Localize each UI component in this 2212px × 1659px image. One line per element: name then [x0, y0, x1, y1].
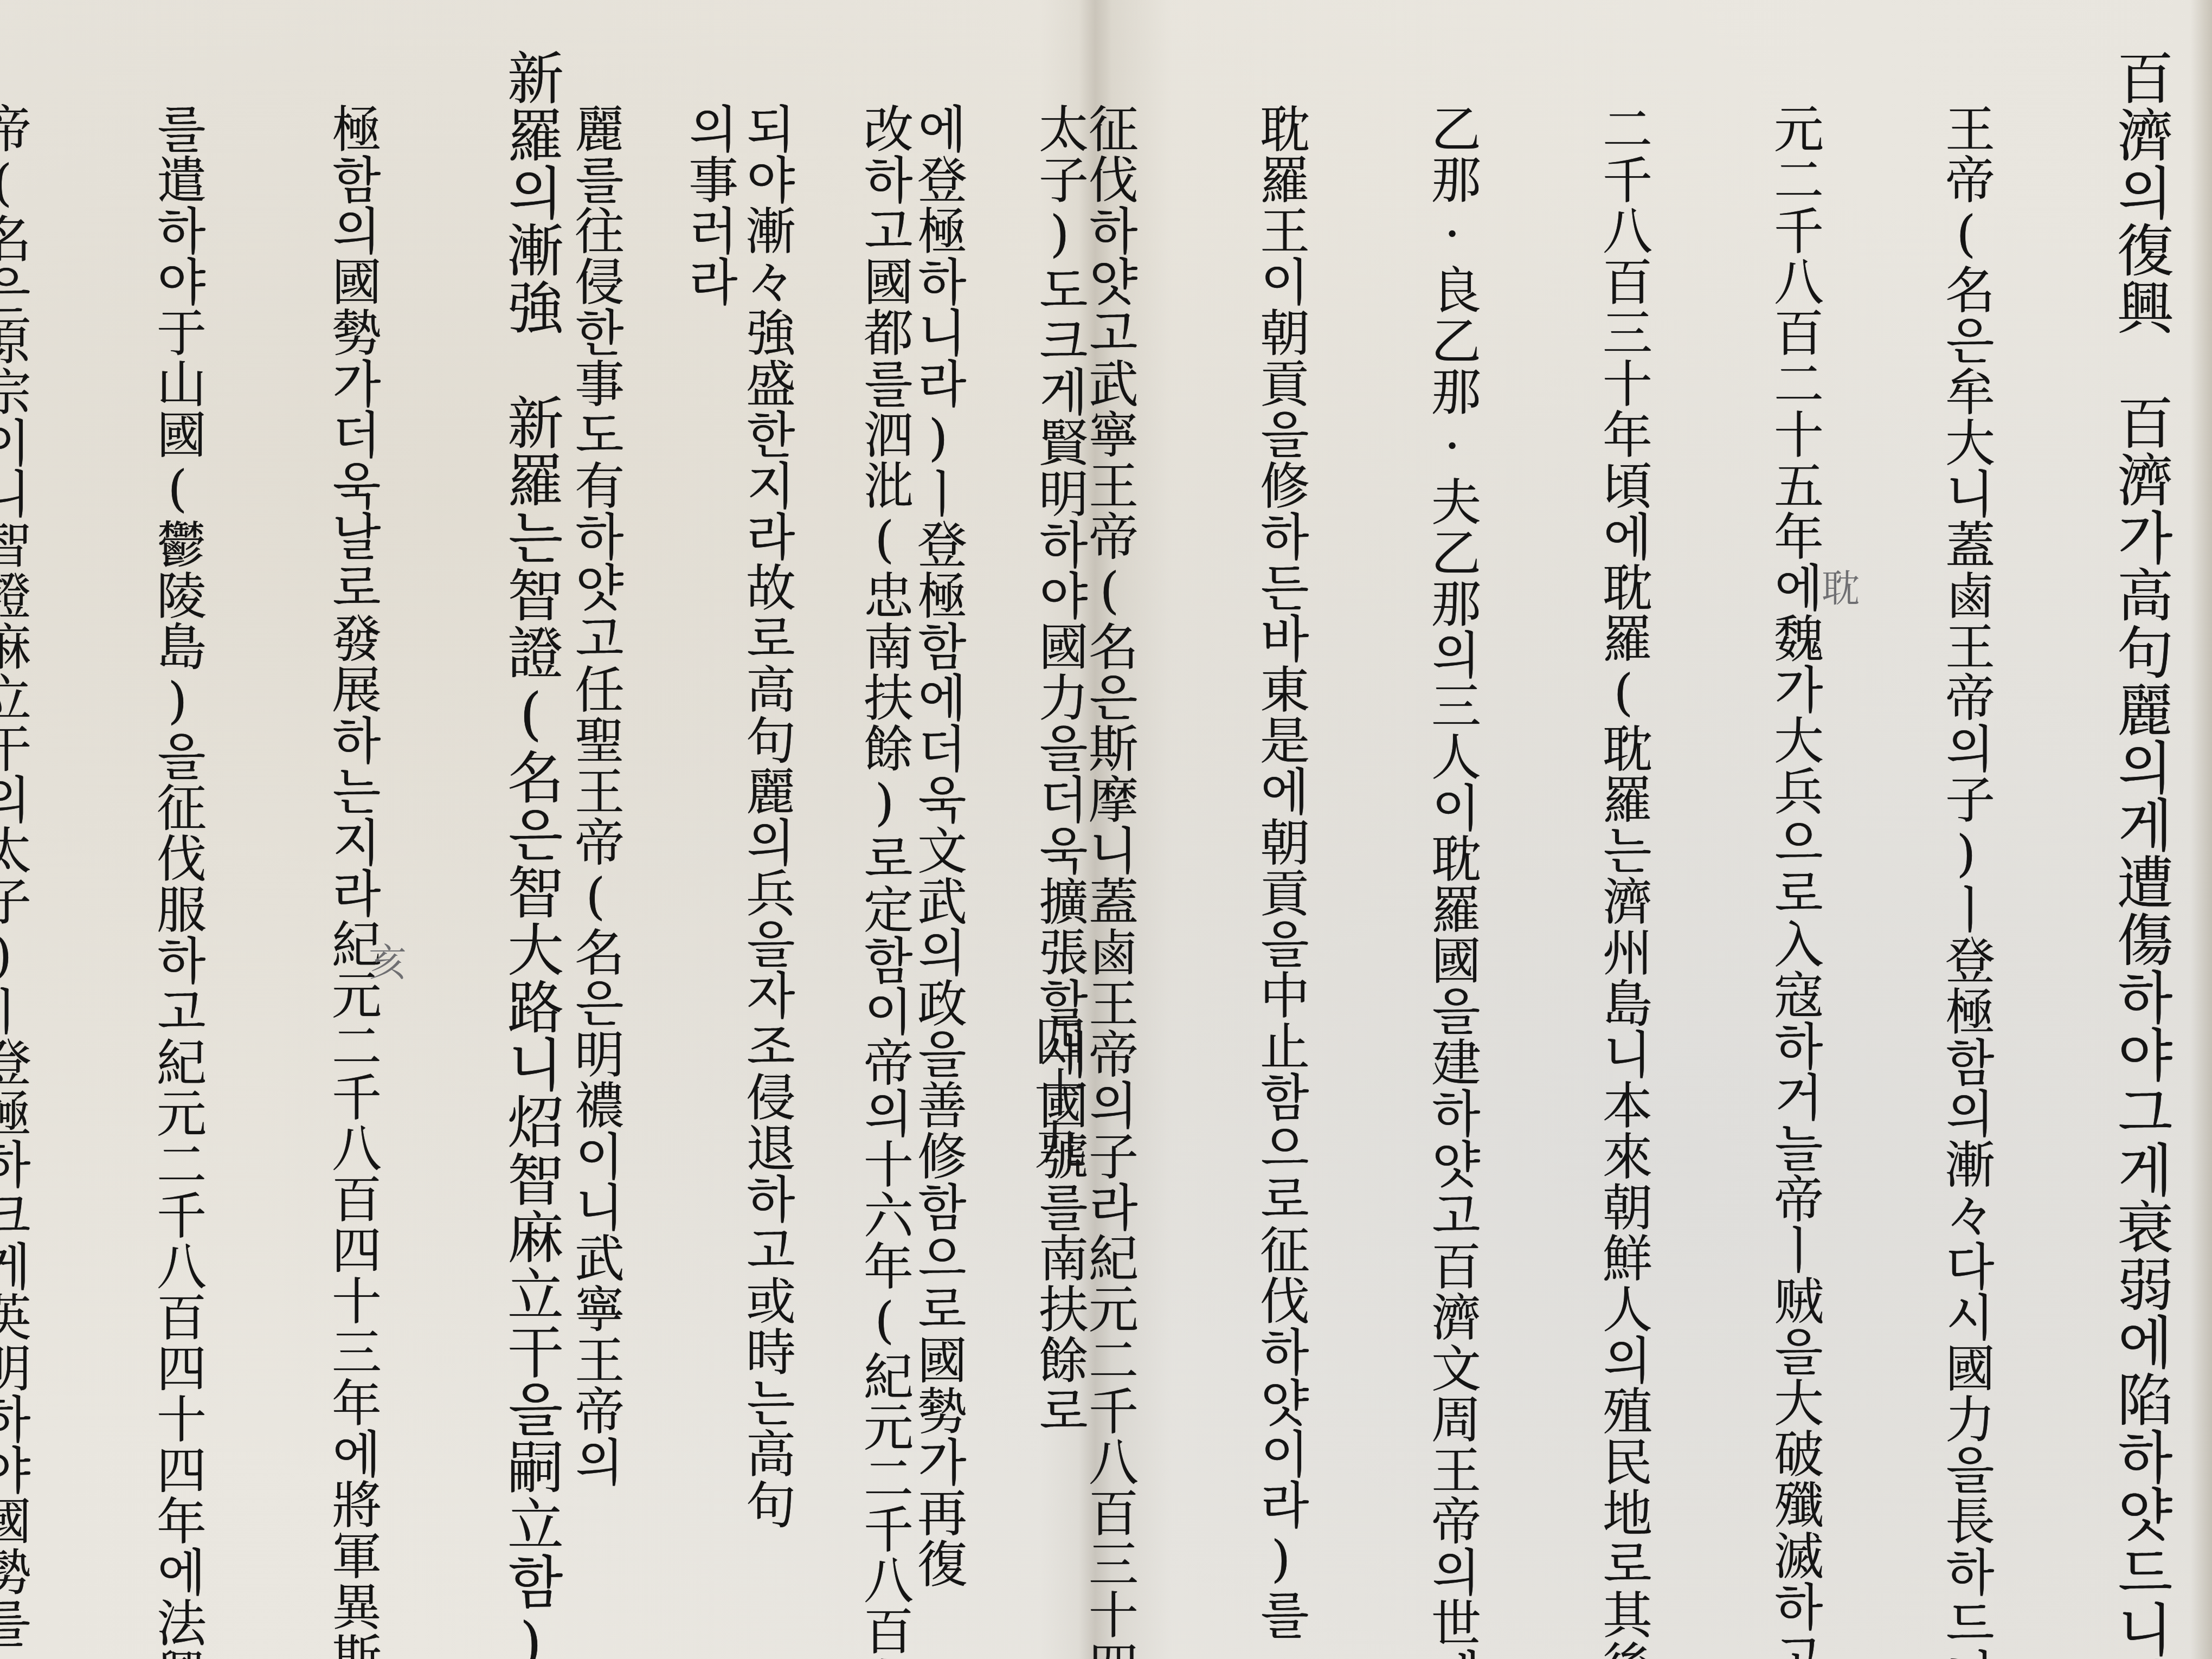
text-column: 의事러라 [684, 49, 734, 1621]
right-page: 百濟의復興 百濟가高句麗의게遭傷하야그게衰弱에陷하얏드니및東城 王帝(名은牟大니… [1139, 49, 2169, 1621]
text-column: 帝(名은原宗이니智證麻立干의太子)ㅣ登極하크게英明하야國勢를 [0, 49, 27, 1621]
pencil-annotation: 亥 [369, 933, 407, 987]
text-column: 太子)도크게賢明하야國力을더욱擴張할새國號를南扶餘로 [1034, 49, 1084, 1621]
text-column: 를遣하야于山國(鬱陵島)을征伐服하고紀元二千八百四十四年에法興王 [152, 49, 202, 1621]
text-column: 改하고國都를泗沘(忠南扶餘)로定함이帝의十六年(紀元二千八百七十二年) [859, 49, 909, 1621]
text-column: 王帝(名은牟大니蓋鹵王帝의子)ㅣ登極함의漸々다시國力을長하드니紀 [1941, 49, 1991, 1621]
pencil-annotation: 耽 [1822, 558, 1860, 613]
text-column: 極함의國勢가더욱날로發展하는지라紀元二千八百四十三年에將軍異斯夫 [327, 49, 377, 1621]
text-column: 元二千八百二十五年에魏가大兵으로入寇하거늘帝ㅣ贼을大破殲滅하고또紀元 [1770, 49, 1819, 1621]
text-column: 征伐하얏고武寧王帝(名은斯摩니蓋鹵王帝의子라紀元二千八百三十四年 [1084, 49, 1134, 1621]
page-edge [2190, 0, 2212, 1659]
left-page: 太子)도크게賢明하야國力을더욱擴張할새國號를南扶餘로 改하고國都를泗沘(忠南扶餘… [81, 49, 1084, 1621]
text-column-heading-silla: 新羅의漸強 新羅는智證(名은智大路니炤智麻立干을嗣立함)麻立干이登 [503, 49, 559, 1621]
text-column-heading-baekje: 百濟의復興 百濟가高句麗의게遭傷하야그게衰弱에陷하얏드니및東城 [2112, 49, 2169, 1621]
text-column: 二千八百三十年頃에耽羅(耽羅는濟州島니本來朝鮮人의殖民地로其後에高 [1598, 49, 1648, 1621]
text-column: 耽羅王이朝貢을修하든바東是에朝貢을中止함으로征伐하얏이라)를 [1256, 49, 1306, 1621]
text-column: 乙那·良乙那·夫乙那의三人이耽羅國을建하얏고百濟文周王帝의世에 [1427, 49, 1477, 1621]
book-spread: 百濟의復興 百濟가高句麗의게遭傷하야그게衰弱에陷하얏드니및東城 王帝(名은牟大니… [0, 0, 2212, 1659]
